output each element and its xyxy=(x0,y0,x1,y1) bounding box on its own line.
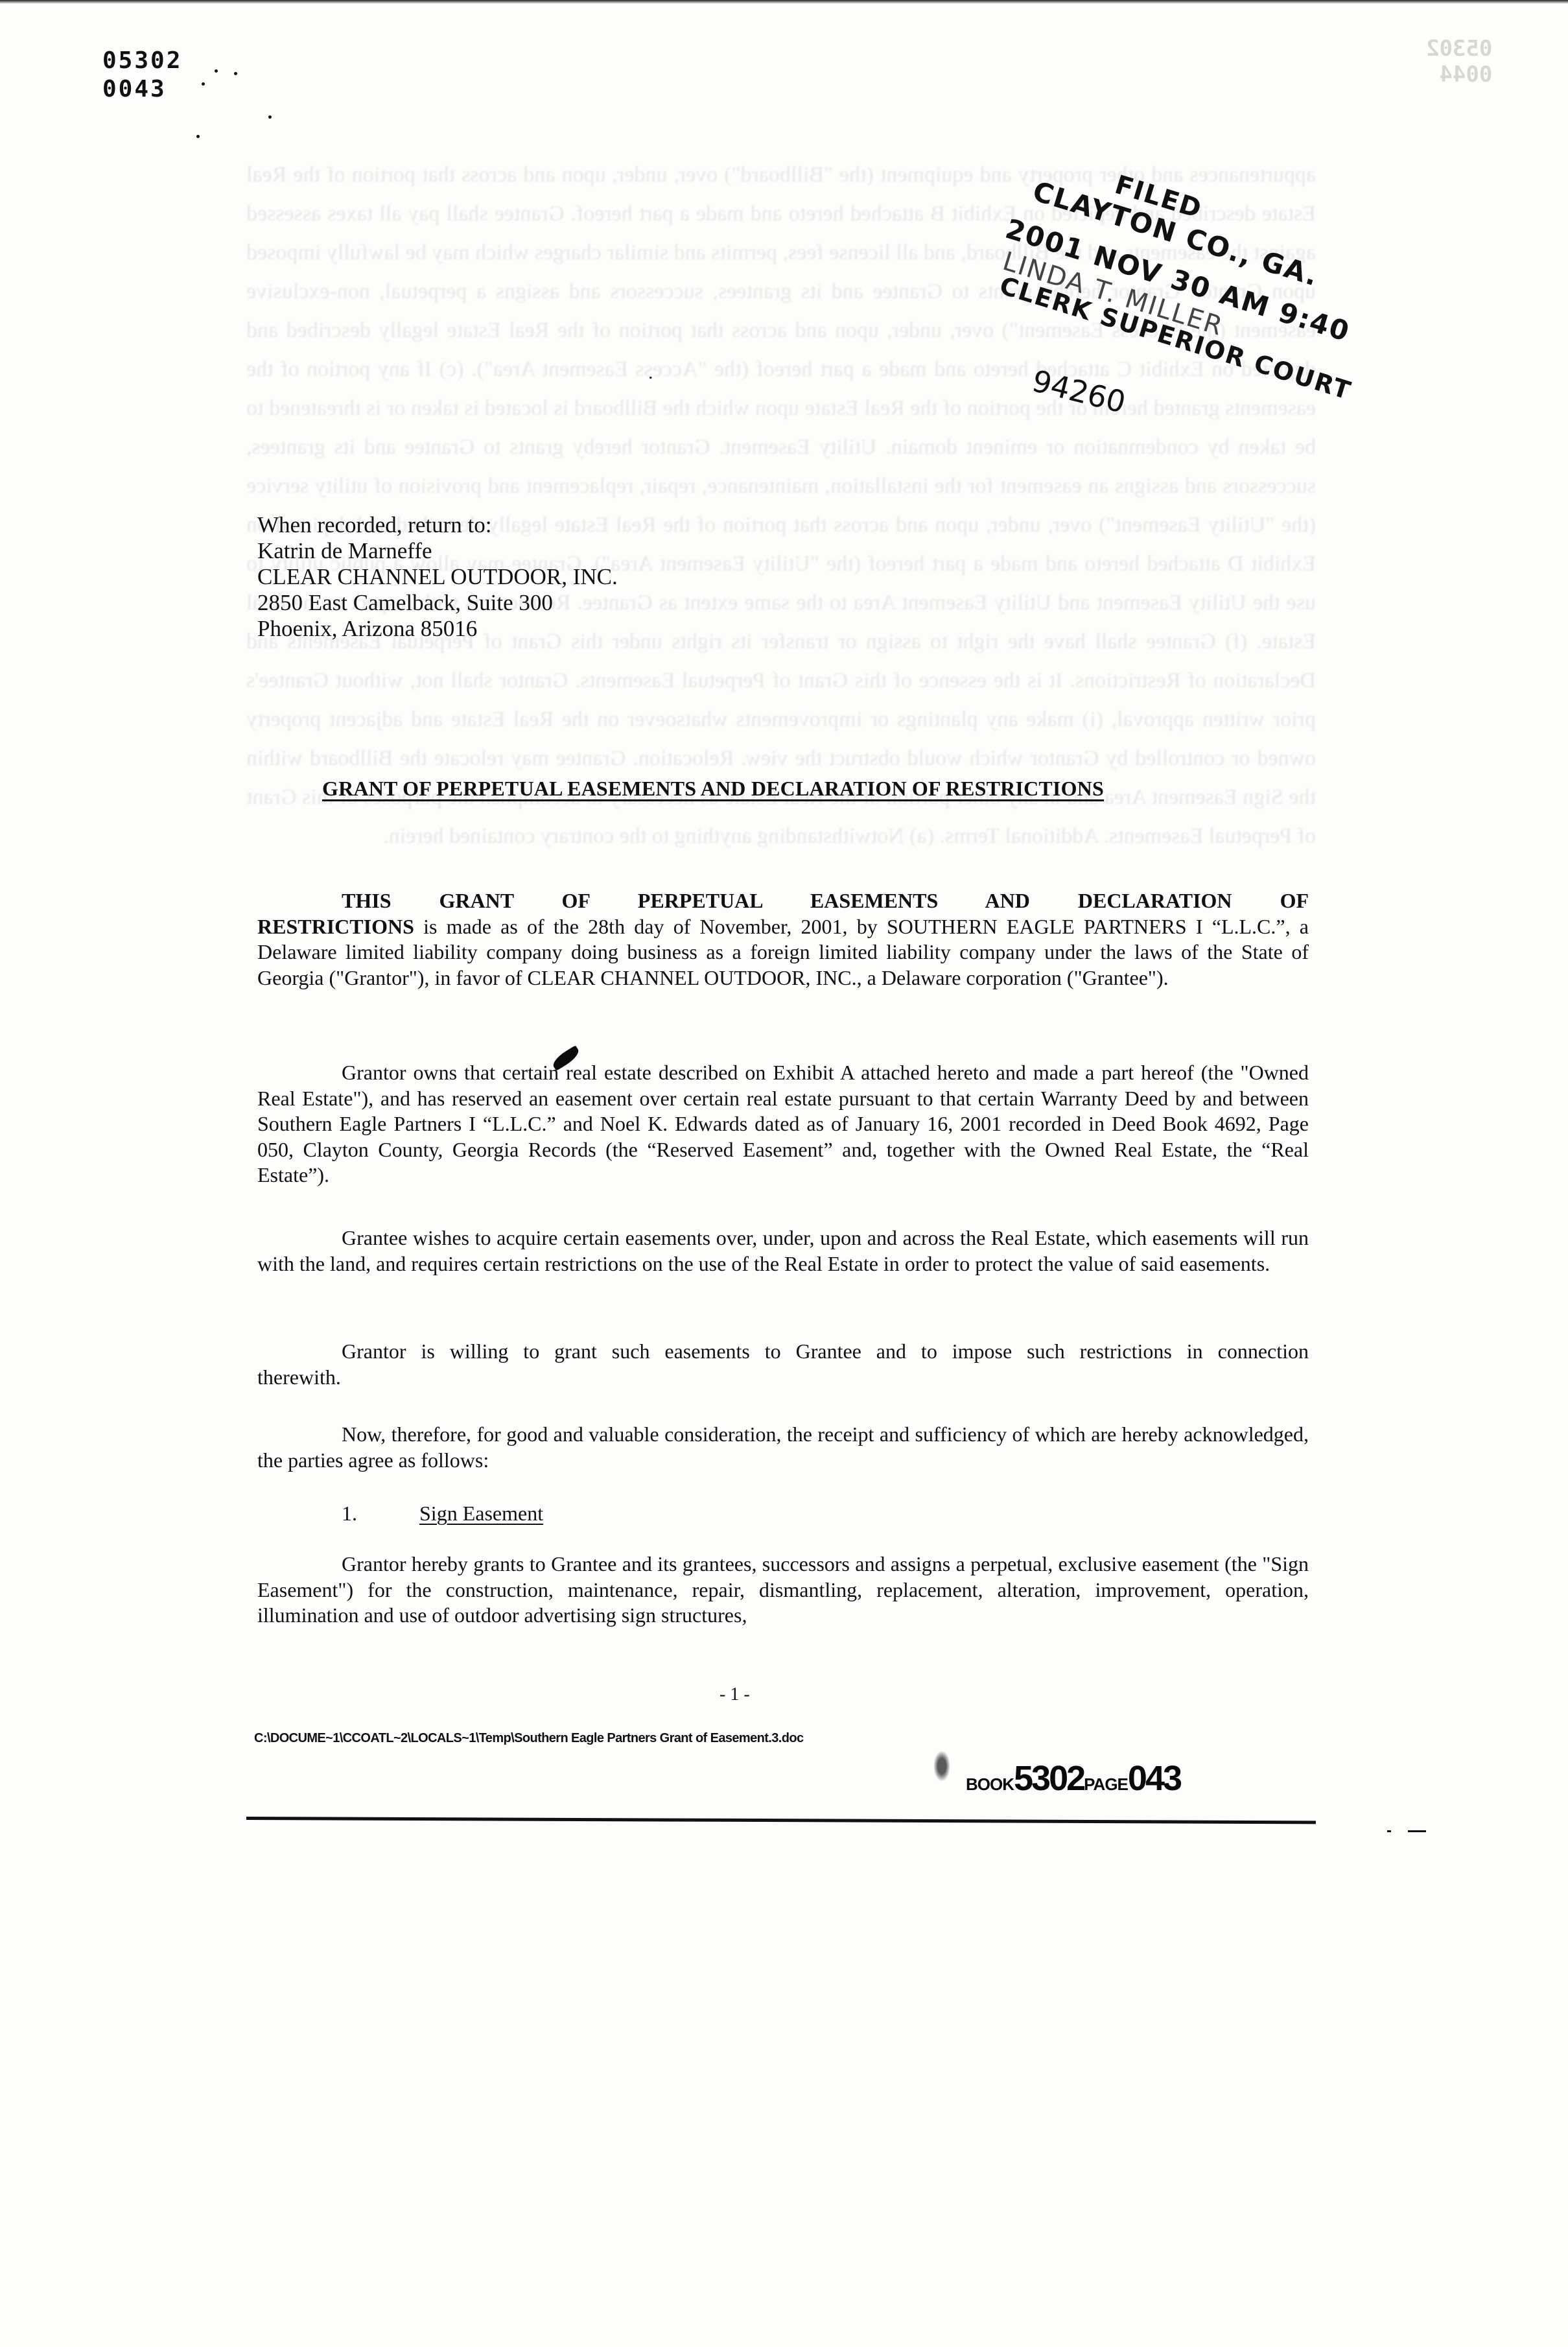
page-number: - 1 - xyxy=(720,1684,750,1705)
bottom-rule-fragment xyxy=(1408,1830,1426,1832)
bleed-through-recording-code: 05302 0044 xyxy=(1426,36,1492,88)
page-label: PAGE xyxy=(1084,1775,1128,1794)
section-1-heading: 1.Sign Easement xyxy=(342,1502,543,1526)
scan-speck xyxy=(196,135,200,138)
recording-code: 05302 0043 xyxy=(102,47,182,104)
book-number: 5302 xyxy=(1014,1759,1084,1798)
bottom-rule-fragment xyxy=(1387,1830,1391,1832)
filing-stamp: FILED CLAYTON CO., GA. 2001 NOV 30 AM 9:… xyxy=(1011,149,1348,421)
return-to-label: When recorded, return to: xyxy=(257,512,618,538)
return-to-block: When recorded, return to: Katrin de Marn… xyxy=(257,512,618,642)
recording-code-page: 0043 xyxy=(102,75,182,104)
ink-blot xyxy=(933,1751,950,1782)
book-label: BOOK xyxy=(966,1775,1014,1794)
file-path: C:\DOCUME~1\CCOATL~2\LOCALS~1\Temp\South… xyxy=(254,1731,803,1746)
stray-mark: . xyxy=(648,362,653,384)
return-to-address-line1: 2850 East Camelback, Suite 300 xyxy=(257,590,618,616)
scan-speck xyxy=(234,72,237,75)
scan-speck xyxy=(202,82,205,86)
scan-edge-shadow xyxy=(0,0,1568,4)
stamp-handwritten-number: 94260 xyxy=(1029,363,1129,420)
paragraph-preamble: THIS GRANT OF PERPETUAL EASEMENTS AND DE… xyxy=(257,888,1309,991)
book-page-stamp: BOOK5302PAGE043 xyxy=(966,1758,1180,1799)
return-to-address-line2: Phoenix, Arizona 85016 xyxy=(257,616,618,642)
paragraph-sign-easement: Grantor hereby grants to Grantee and its… xyxy=(257,1551,1309,1629)
paragraph-owned-real-estate: Grantor owns that certain real estate de… xyxy=(257,1060,1309,1188)
return-to-name: Katrin de Marneffe xyxy=(257,538,618,564)
bottom-rule xyxy=(246,1817,1316,1824)
scan-speck xyxy=(268,115,272,119)
return-to-company: CLEAR CHANNEL OUTDOOR, INC. xyxy=(257,564,618,590)
paragraph-consideration: Now, therefore, for good and valuable co… xyxy=(257,1422,1309,1473)
preamble-body: is made as of the 28th day of November, … xyxy=(257,915,1309,989)
document-title: GRANT OF PERPETUAL EASEMENTS AND DECLARA… xyxy=(322,777,1269,801)
section-1-title: Sign Easement xyxy=(419,1502,543,1525)
section-1-number: 1. xyxy=(342,1502,419,1526)
recording-code-book: 05302 xyxy=(102,47,182,75)
page-value: 043 xyxy=(1128,1759,1180,1798)
paragraph-grantor-willing: Grantor is willing to grant such easemen… xyxy=(257,1339,1309,1390)
scan-speck xyxy=(215,69,218,73)
paragraph-grantee-wishes: Grantee wishes to acquire certain easeme… xyxy=(257,1225,1309,1277)
